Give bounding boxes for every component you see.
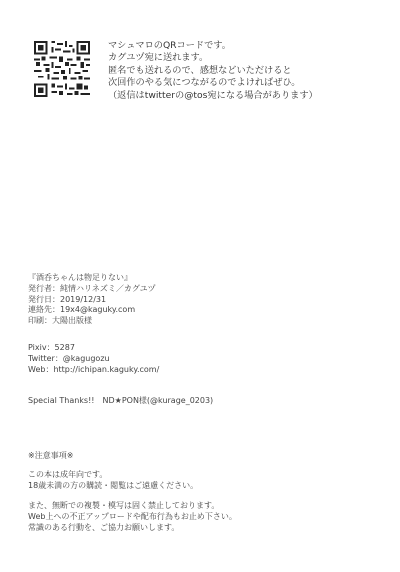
colophon: 『酒呑ちゃんは物足りない』 発行者：純情ハリネズミ／カグユヅ 発行日：2019/… bbox=[28, 273, 156, 327]
qr-code-icon bbox=[34, 41, 90, 97]
book-title: 『酒呑ちゃんは物足りない』 bbox=[28, 273, 156, 284]
qr-message-line: カグユヅ宛に送れます。 bbox=[108, 52, 318, 64]
notice-title: ※注意事項※ bbox=[28, 451, 73, 462]
publisher: 発行者：純情ハリネズミ／カグユヅ bbox=[28, 284, 156, 295]
qr-message-line: （返信はtwitterの@tos宛になる場合があります） bbox=[108, 90, 318, 102]
notice-line: Web上への不正アップロードや配布行為もお止め下さい。 bbox=[28, 512, 237, 523]
social-links: Pixiv：5287 Twitter：@kagugozu Web：http://… bbox=[28, 343, 159, 375]
notice-line: また、無断での複製・模写は固く禁止しております。 bbox=[28, 501, 237, 512]
notice-line: この本は成年向です。 bbox=[28, 470, 198, 481]
notice-line: 常識のある行動を、ご協力お願いします。 bbox=[28, 523, 237, 534]
printer: 印刷：大陽出版様 bbox=[28, 316, 156, 327]
qr-message: マシュマロのQRコードです。 カグユヅ宛に送れます。 匿名でも送れるので、感想な… bbox=[108, 40, 318, 102]
pixiv-id: Pixiv：5287 bbox=[28, 343, 159, 354]
notice-copyright: また、無断での複製・模写は固く禁止しております。 Web上への不正アップロードや… bbox=[28, 501, 237, 533]
website: Web：http://ichipan.kaguky.com/ bbox=[28, 365, 159, 376]
twitter-handle: Twitter：@kagugozu bbox=[28, 354, 159, 365]
qr-message-line: マシュマロのQRコードです。 bbox=[108, 40, 318, 52]
contact: 連絡先：19x4@kaguky.com bbox=[28, 305, 156, 316]
notice-age: この本は成年向です。 18歳未満の方の購読・閲覧はご遠慮ください。 bbox=[28, 470, 198, 492]
notice-line: 18歳未満の方の購読・閲覧はご遠慮ください。 bbox=[28, 481, 198, 492]
qr-message-line: 匿名でも送れるので、感想などいただけると bbox=[108, 65, 318, 77]
publish-date: 発行日：2019/12/31 bbox=[28, 295, 156, 306]
special-thanks: Special Thanks!! ND★PON様(@kurage_0203) bbox=[28, 396, 213, 407]
qr-message-line: 次回作のやる気につながるのでよければぜひ。 bbox=[108, 77, 318, 89]
